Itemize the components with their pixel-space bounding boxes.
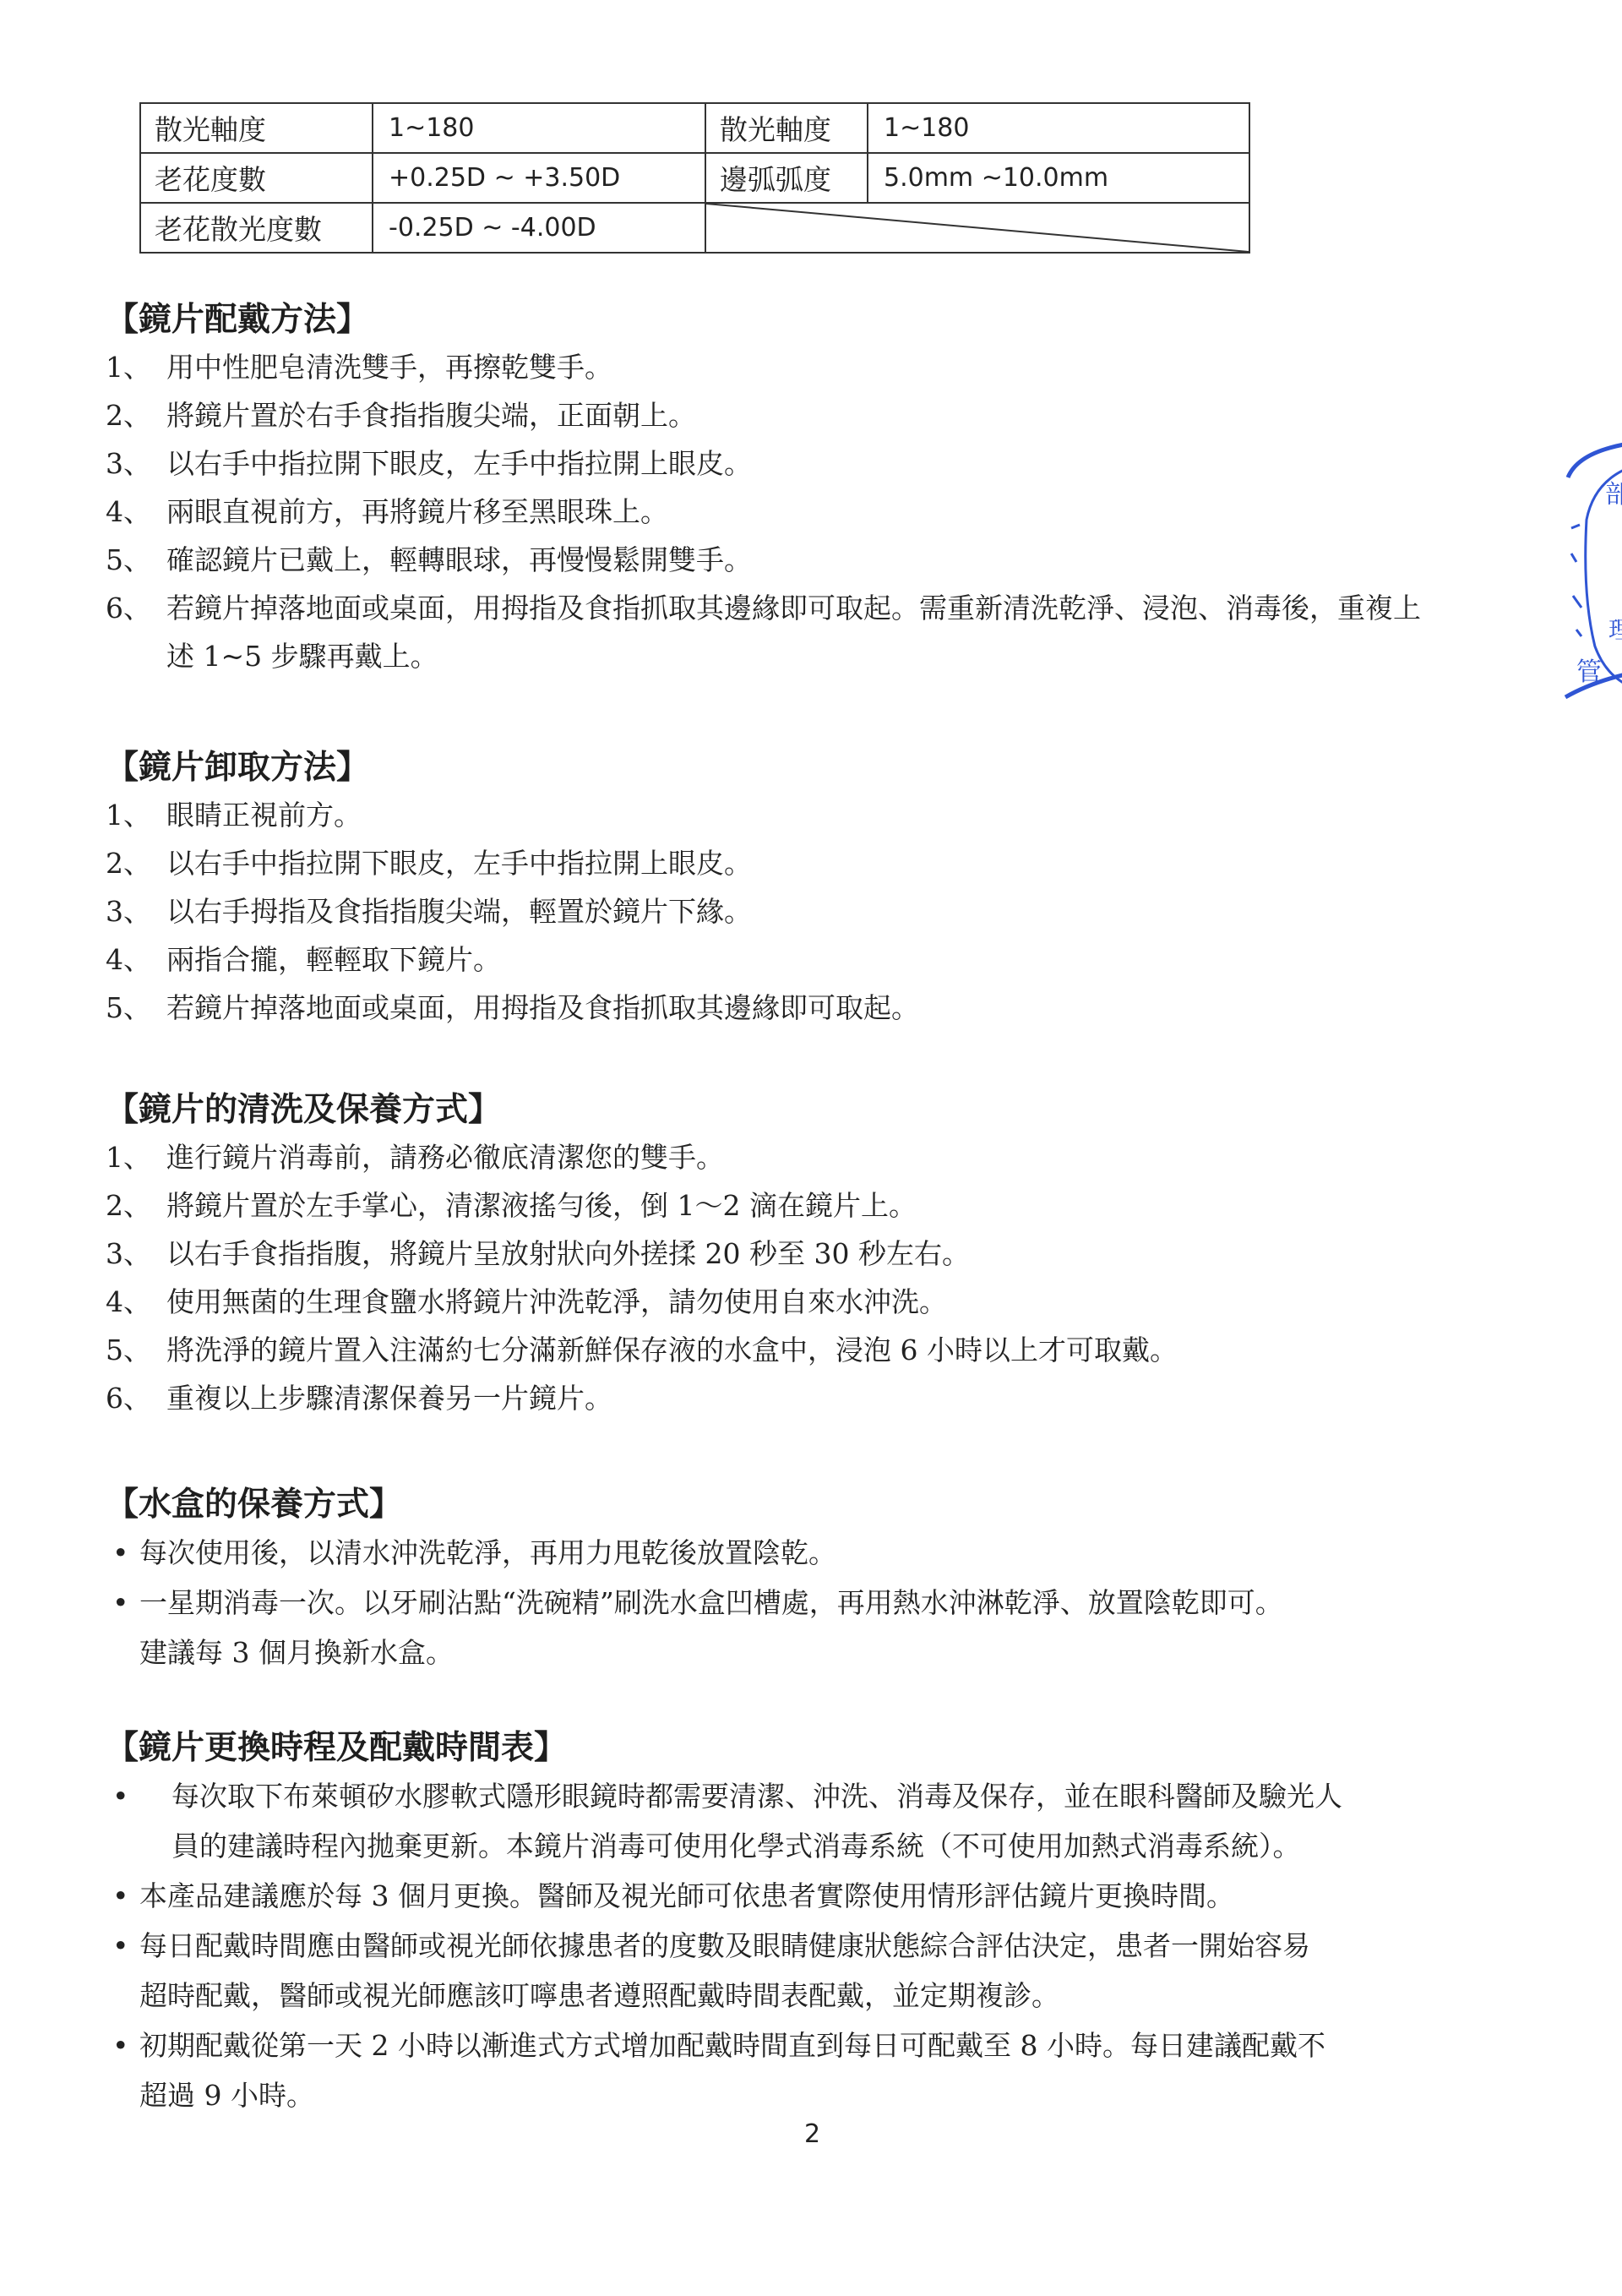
item-text: 確認鏡片已戴上，輕轉眼球，再慢慢鬆開雙手。: [166, 536, 752, 584]
spec-label: 老花度數: [140, 153, 373, 203]
page-number: 2: [804, 2119, 820, 2149]
spec-value: 1~180: [373, 103, 705, 153]
svg-text:管: 管: [1576, 657, 1602, 687]
item-text: 進行鏡片消毒前，請務必徹底清潔您的雙手。: [166, 1133, 724, 1181]
item-text: 以右手中指拉開下眼皮，左手中指拉開上眼皮。: [166, 839, 752, 887]
item-text: 初期配戴從第一天 2 小時以漸進式方式增加配戴時間直到每日可配戴至 8 小時。每…: [139, 2021, 1325, 2070]
list-item: 1、眼睛正視前方。: [106, 791, 1554, 839]
bullet-item: •本產品建議應於每 3 個月更換。醫師及視光師可依患者實際使用情形評估鏡片更換時…: [106, 1871, 1554, 1921]
bullet-item: •每日配戴時間應由醫師或視光師依據患者的度數及眼睛健康狀態綜合評估決定，患者一開…: [106, 1921, 1554, 1971]
list-item: 4、使用無菌的生理食鹽水將鏡片沖洗乾淨，請勿使用自來水沖洗。: [106, 1278, 1554, 1326]
list-item: 6、重複以上步驟清潔保養另一片鏡片。: [106, 1374, 1554, 1422]
bullet-icon: •: [112, 1771, 138, 1821]
spec-value: 1~180: [868, 103, 1249, 153]
item-text: 兩眼直視前方，再將鏡片移至黑眼珠上。: [166, 488, 668, 536]
list-item: 5、確認鏡片已戴上，輕轉眼球，再慢慢鬆開雙手。: [106, 536, 1554, 584]
bullet-item-continuation: 超時配戴，醫師或視光師應該叮嚀患者遵照配戴時間表配戴，並定期複診。: [106, 1971, 1554, 2021]
item-number: 3、: [106, 1230, 165, 1278]
item-number: 5、: [106, 536, 165, 584]
section-schedule: 【鏡片更換時程及配戴時間表】 •每次取下布萊頓矽水膠軟式隱形眼鏡時都需要清潔、沖…: [106, 1724, 1554, 2120]
item-text: 將鏡片置於右手食指指腹尖端，正面朝上。: [166, 391, 696, 439]
section-title: 【鏡片卸取方法】: [106, 744, 1554, 791]
list-item: 3、以右手拇指及食指指腹尖端，輕置於鏡片下緣。: [106, 887, 1554, 935]
list-item: 5、若鏡片掉落地面或桌面，用拇指及食指抓取其邊緣即可取起。: [106, 984, 1554, 1032]
section-wearing: 【鏡片配戴方法】 1、用中性肥皂清洗雙手，再擦乾雙手。 2、將鏡片置於右手食指指…: [106, 296, 1554, 680]
section-case-care: 【水盒的保養方式】 •每次使用後，以清水沖洗乾淨，再用力甩乾後放置陰乾。 •一星…: [106, 1481, 1554, 1677]
item-text: 若鏡片掉落地面或桌面，用拇指及食指抓取其邊緣即可取起。需重新清洗乾淨、浸泡、消毒…: [166, 584, 1421, 632]
item-text: 以右手食指指腹，將鏡片呈放射狀向外搓揉 20 秒至 30 秒左右。: [166, 1230, 970, 1278]
item-text: 超過 9 小時。: [139, 2070, 314, 2120]
item-text: 將洗淨的鏡片置入注滿約七分滿新鮮保存液的水盒中，浸泡 6 小時以上才可取戴。: [166, 1326, 1178, 1374]
section-removal: 【鏡片卸取方法】 1、眼睛正視前方。 2、以右手中指拉開下眼皮，左手中指拉開上眼…: [106, 744, 1554, 1032]
bullet-item-continuation: 建議每 3 個月換新水盒。: [106, 1628, 1554, 1677]
section-title: 【水盒的保養方式】: [106, 1481, 1554, 1528]
item-text: 兩指合攏，輕輕取下鏡片。: [166, 935, 501, 984]
item-number: 2、: [106, 391, 165, 439]
item-text: 用中性肥皂清洗雙手，再擦乾雙手。: [166, 343, 612, 391]
bullet-icon: •: [112, 1528, 138, 1578]
table-row: 散光軸度 1~180 散光軸度 1~180: [140, 103, 1249, 153]
item-text: 述 1~5 步驟再戴上。: [166, 632, 438, 680]
bullet-icon: •: [112, 2021, 138, 2070]
item-number: 1、: [106, 1133, 165, 1181]
item-text: 若鏡片掉落地面或桌面，用拇指及食指抓取其邊緣即可取起。: [166, 984, 919, 1032]
bullet-icon: •: [112, 1921, 138, 1971]
item-text: 一星期消毒一次。以牙刷沾點“洗碗精”刷洗水盒凹槽處，再用熱水沖淋乾淨、放置陰乾即…: [139, 1578, 1283, 1628]
bullet-item: •初期配戴從第一天 2 小時以漸進式方式增加配戴時間直到每日可配戴至 8 小時。…: [106, 2021, 1554, 2070]
item-number: 4、: [106, 488, 165, 536]
spec-value: -0.25D ~ -4.00D: [373, 203, 705, 253]
bullet-item: •每次取下布萊頓矽水膠軟式隱形眼鏡時都需要清潔、沖洗、消毒及保存，並在眼科醫師及…: [106, 1771, 1554, 1821]
item-number: 1、: [106, 791, 165, 839]
bullet-icon: •: [112, 1578, 138, 1628]
bullet-icon: •: [112, 1871, 138, 1921]
item-text: 以右手拇指及食指指腹尖端，輕置於鏡片下緣。: [166, 887, 752, 935]
item-text: 每日配戴時間應由醫師或視光師依據患者的度數及眼睛健康狀態綜合評估決定，患者一開始…: [139, 1921, 1310, 1971]
svg-text:理: 理: [1608, 616, 1622, 644]
spec-value: 5.0mm ~10.0mm: [868, 153, 1249, 203]
list-item: 2、將鏡片置於左手掌心，清潔液搖勻後，倒 1～2 滴在鏡片上。: [106, 1181, 1554, 1230]
section-title: 【鏡片的清洗及保養方式】: [106, 1086, 1554, 1133]
item-text: 本產品建議應於每 3 個月更換。醫師及視光師可依患者實際使用情形評估鏡片更換時間…: [139, 1871, 1234, 1921]
spec-value: +0.25D ~ +3.50D: [373, 153, 705, 203]
list-item: 4、兩眼直視前方，再將鏡片移至黑眼珠上。: [106, 488, 1554, 536]
list-item-continuation: 述 1~5 步驟再戴上。: [106, 632, 1554, 680]
item-number: 6、: [106, 1374, 165, 1422]
item-text: 員的建議時程內拋棄更新。本鏡片消毒可使用化學式消毒系統（不可使用加熱式消毒系統）…: [171, 1821, 1301, 1871]
official-stamp-icon: 部 管 理: [1561, 427, 1622, 706]
list-item: 3、以右手中指拉開下眼皮，左手中指拉開上眼皮。: [106, 439, 1554, 488]
table-row: 老花散光度數 -0.25D ~ -4.00D: [140, 203, 1249, 253]
list-item: 1、進行鏡片消毒前，請務必徹底清潔您的雙手。: [106, 1133, 1554, 1181]
item-number: 2、: [106, 839, 165, 887]
lens-spec-table: 散光軸度 1~180 散光軸度 1~180 老花度數 +0.25D ~ +3.5…: [139, 102, 1250, 254]
section-title: 【鏡片更換時程及配戴時間表】: [106, 1724, 1554, 1771]
item-number: 5、: [106, 984, 165, 1032]
list-item: 2、以右手中指拉開下眼皮，左手中指拉開上眼皮。: [106, 839, 1554, 887]
spec-label: 老花散光度數: [140, 203, 373, 253]
item-number: 4、: [106, 935, 165, 984]
spec-label: 散光軸度: [705, 103, 868, 153]
diagonal-line-icon: [706, 204, 1249, 252]
list-item: 6、若鏡片掉落地面或桌面，用拇指及食指抓取其邊緣即可取起。需重新清洗乾淨、浸泡、…: [106, 584, 1554, 632]
list-item: 1、用中性肥皂清洗雙手，再擦乾雙手。: [106, 343, 1554, 391]
item-number: 4、: [106, 1278, 165, 1326]
item-number: 3、: [106, 887, 165, 935]
empty-diagonal-cell: [705, 203, 1249, 253]
item-text: 超時配戴，醫師或視光師應該叮嚀患者遵照配戴時間表配戴，並定期複診。: [139, 1971, 1059, 2021]
item-number: 5、: [106, 1326, 165, 1374]
spec-label: 邊弧弧度: [705, 153, 868, 203]
section-title: 【鏡片配戴方法】: [106, 296, 1554, 343]
item-text: 重複以上步驟清潔保養另一片鏡片。: [166, 1374, 612, 1422]
list-item: 4、兩指合攏，輕輕取下鏡片。: [106, 935, 1554, 984]
item-text: 以右手中指拉開下眼皮，左手中指拉開上眼皮。: [166, 439, 752, 488]
bullet-item: •每次使用後，以清水沖洗乾淨，再用力甩乾後放置陰乾。: [106, 1528, 1554, 1578]
list-item: 2、將鏡片置於右手食指指腹尖端，正面朝上。: [106, 391, 1554, 439]
bullet-item-continuation: 員的建議時程內拋棄更新。本鏡片消毒可使用化學式消毒系統（不可使用加熱式消毒系統）…: [106, 1821, 1554, 1871]
list-item: 5、將洗淨的鏡片置入注滿約七分滿新鮮保存液的水盒中，浸泡 6 小時以上才可取戴。: [106, 1326, 1554, 1374]
item-number: 1、: [106, 343, 165, 391]
bullet-item: •一星期消毒一次。以牙刷沾點“洗碗精”刷洗水盒凹槽處，再用熱水沖淋乾淨、放置陰乾…: [106, 1578, 1554, 1628]
spec-label: 散光軸度: [140, 103, 373, 153]
svg-text:部: 部: [1605, 480, 1622, 510]
item-text: 每次取下布萊頓矽水膠軟式隱形眼鏡時都需要清潔、沖洗、消毒及保存，並在眼科醫師及驗…: [171, 1771, 1342, 1821]
item-number: 2、: [106, 1181, 165, 1230]
item-text: 建議每 3 個月換新水盒。: [139, 1628, 454, 1677]
item-number: 3、: [106, 439, 165, 488]
list-item: 3、以右手食指指腹，將鏡片呈放射狀向外搓揉 20 秒至 30 秒左右。: [106, 1230, 1554, 1278]
item-text: 使用無菌的生理食鹽水將鏡片沖洗乾淨，請勿使用自來水沖洗。: [166, 1278, 947, 1326]
item-text: 眼睛正視前方。: [166, 791, 362, 839]
item-text: 將鏡片置於左手掌心，清潔液搖勻後，倒 1～2 滴在鏡片上。: [166, 1181, 917, 1230]
bullet-item-continuation: 超過 9 小時。: [106, 2070, 1554, 2120]
table-row: 老花度數 +0.25D ~ +3.50D 邊弧弧度 5.0mm ~10.0mm: [140, 153, 1249, 203]
item-number: 6、: [106, 584, 165, 632]
item-text: 每次使用後，以清水沖洗乾淨，再用力甩乾後放置陰乾。: [139, 1528, 836, 1578]
section-cleaning: 【鏡片的清洗及保養方式】 1、進行鏡片消毒前，請務必徹底清潔您的雙手。 2、將鏡…: [106, 1086, 1554, 1422]
